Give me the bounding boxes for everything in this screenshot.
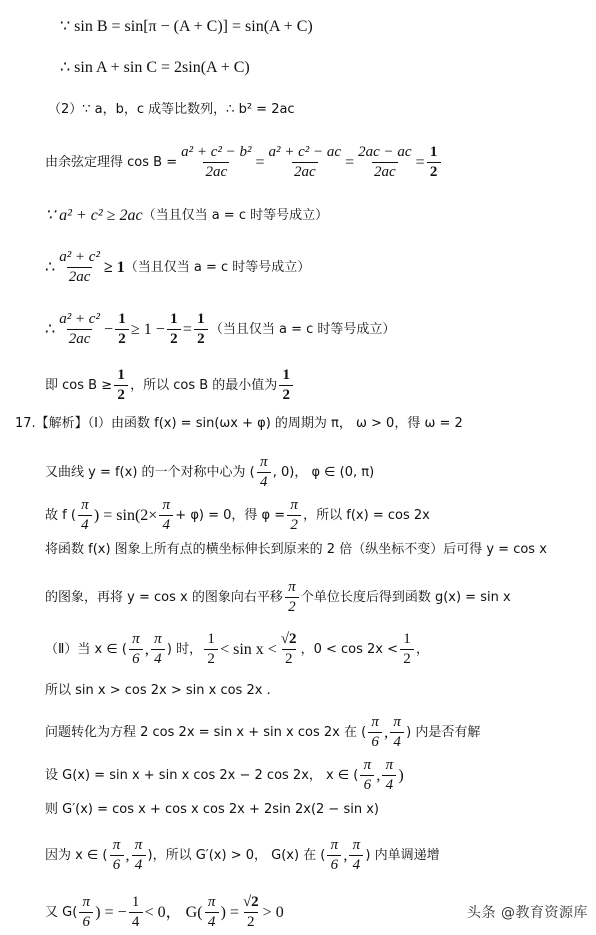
equation-line: 问题转化为方程 2 cos 2x = sin x + sin x cos 2x … (45, 715, 480, 750)
equation-line: 的图象，再将 y = cos x 的图象向右平移 π2 个单位长度后得到函数 g… (45, 580, 511, 615)
equation-line: 又曲线 y = f(x) 的一个对称中心为 ( π4 , 0)， φ ∈ (0,… (45, 455, 374, 490)
section-heading: 17.【解析】（Ⅰ）由函数 f(x) = sin(ωx + φ) 的周期为 π，… (15, 414, 463, 434)
text-line: 则 G′(x) = cos x + cos x cos 2x + 2sin 2x… (45, 800, 379, 820)
equation-line: 由余弦定理得 cos B = a² + c² − b²2ac = a² + c²… (45, 145, 443, 180)
text-line: 所以 sin x > cos 2x > sin x cos 2x . (45, 681, 271, 701)
fraction: a² + c² − ac2ac (267, 145, 344, 180)
text: 由余弦定理得 cos B = (45, 153, 177, 173)
text-line: 将函数 f(x) 图象上所有点的横坐标伸长到原来的 2 倍（纵坐标不变）后可得 … (45, 540, 547, 560)
fraction: 12 (427, 145, 441, 180)
equation-line: ∵ a² + c² ≥ 2ac （当且仅当 a = c 时等号成立） (45, 206, 328, 226)
equation-line: （Ⅱ）当 x ∈ ( π6 , π4 ) 时， 12 < sin x < √22… (45, 632, 429, 667)
equation-line: ∵ sin B = sin[π − (A + C)] = sin(A + C) (60, 17, 313, 37)
fraction: 2ac − ac2ac (356, 145, 413, 180)
equation-line: ∴ sin A + sin C = 2sin(A + C) (60, 58, 250, 78)
equation-line: ∴ a² + c²2ac − 12 ≥ 1 − 12 = 12 （当且仅当 a … (45, 312, 395, 347)
equation-line: 因为 x ∈ ( π6 , π4 )，所以 G′(x) > 0， G(x) 在 … (45, 838, 440, 873)
fraction: a² + c² − b²2ac (179, 145, 253, 180)
equation-line: 设 G(x) = sin x + sin x cos 2x − 2 cos 2x… (45, 758, 404, 793)
watermark: 头条 @教育资源库 (467, 902, 588, 922)
equation-line: 即 cos B ≥ 12 ，所以 cos B 的最小值为 12 (45, 368, 295, 403)
equation-line: ∴ a² + c²2ac ≥ 1 （当且仅当 a = c 时等号成立） (45, 250, 310, 285)
equation-line: 又 G( π6 ) = − 14 < 0， G( π4 ) = √22 > 0 (45, 895, 284, 930)
equation-line: 故 f ( π4 ) = sin(2× π4 + φ) = 0，得 φ = π2… (45, 498, 430, 533)
equation-line: （2）∵ a，b，c 成等比数列，∴ b² = 2ac (48, 100, 295, 120)
